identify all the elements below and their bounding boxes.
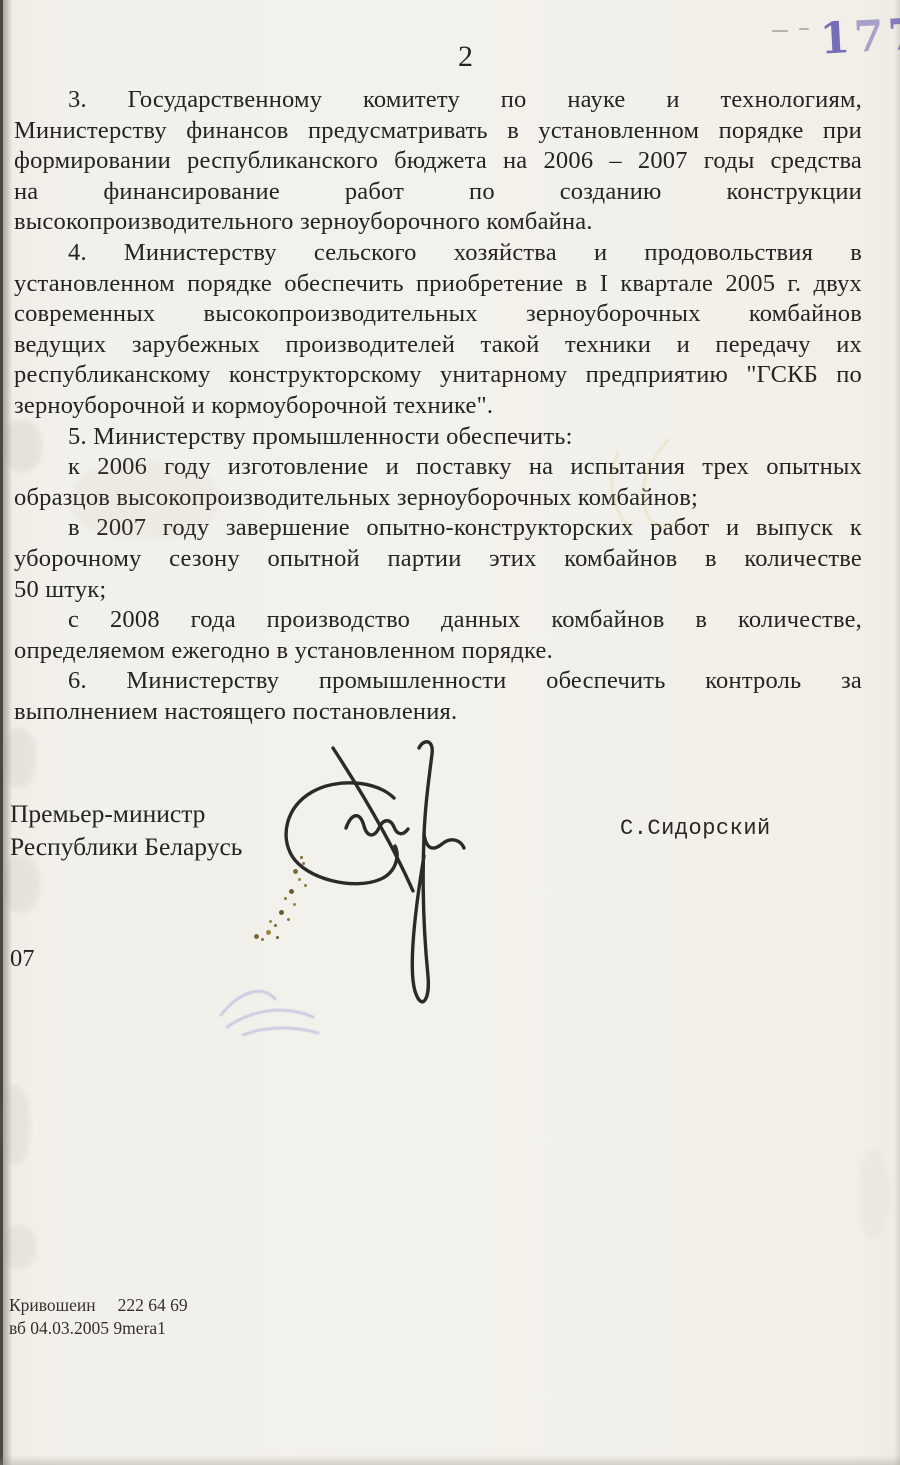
paragraph-3-line: Министерству финансов предусматривать в … — [14, 116, 862, 147]
paragraph-3-line: высокопроизводительного зерноуборочного … — [14, 207, 862, 238]
paragraph-4-line: современных высокопроизводительных зерно… — [14, 299, 862, 330]
signer-name: С.Сидорский — [620, 816, 771, 841]
paragraph-3-line: формировании республиканского бюджета на… — [14, 146, 862, 177]
pencil-mark — [799, 28, 809, 30]
footer-processing-note: вб 04.03.2005 9mera1 — [9, 1317, 188, 1340]
bleedthrough-artifact — [2, 855, 40, 913]
blue-ink-smudge — [213, 975, 348, 1045]
bleedthrough-artifact — [2, 420, 42, 472]
signatory-title: Премьер-министр Республики Беларусь — [10, 797, 242, 863]
paragraph-4-line: установленном порядке обеспечить приобре… — [14, 269, 862, 300]
scan-edge-right — [894, 0, 900, 1465]
paragraph-4-line: зерноуборочной и кормоуборочной технике"… — [14, 391, 862, 422]
bleedthrough-artifact — [2, 728, 36, 788]
paragraph-5c-line: определяемом ежегодно в установленном по… — [14, 636, 862, 667]
footer-note: Кривошеин222 64 69 вб 04.03.2005 9mera1 — [9, 1294, 188, 1340]
paragraph-5b-line: 50 штук; — [14, 575, 862, 606]
paragraph-3-line: на финансирование работ по созданию конс… — [14, 177, 862, 208]
bleedthrough-artifact — [0, 1085, 30, 1165]
paragraph-4-line: ведущих зарубежных производителей такой … — [14, 330, 862, 361]
bleedthrough-yellow-mark — [548, 432, 708, 542]
bleedthrough-artifact — [2, 1225, 36, 1269]
page-number: 2 — [458, 40, 473, 74]
paragraph-6-line: выполнением настоящего постановления. — [14, 697, 862, 728]
paragraph-5-line: 5. Министерству промышленности обеспечит… — [14, 422, 862, 453]
document-body: 3. Государственному комитету по науке и … — [14, 85, 862, 727]
scan-edge-bottom — [0, 1455, 900, 1465]
footer-contact-phone: 222 64 69 — [118, 1295, 188, 1315]
paragraph-3-line: 3. Государственному комитету по науке и … — [14, 85, 862, 116]
index-mark: 07 — [10, 945, 35, 973]
ink-speckles — [300, 856, 303, 859]
paragraph-5c-line: с 2008 года производство данных комбайно… — [14, 605, 862, 636]
pencil-mark — [772, 30, 788, 32]
footer-contact-name: Кривошеин — [9, 1295, 96, 1315]
bleedthrough-artifact — [70, 460, 220, 540]
paragraph-5b-line: уборочному сезону опытной партии этих ко… — [14, 544, 862, 575]
signatory-title-line2: Республики Беларусь — [10, 830, 242, 863]
stamp-digit: 7 — [887, 9, 900, 61]
footer-contact-row: Кривошеин222 64 69 — [9, 1294, 188, 1317]
paragraph-4-line: республиканскому конструкторскому унитар… — [14, 360, 862, 391]
signatory-title-line1: Премьер-министр — [10, 797, 242, 830]
stamp-digit: 1 — [819, 13, 855, 65]
stamp-digit: 7 — [853, 11, 889, 63]
scanned-document-page: 2 177 3. Государственному комитету по на… — [0, 0, 900, 1465]
folio-number-stamp: 177 — [819, 9, 900, 64]
bleedthrough-artifact — [858, 1150, 888, 1240]
paragraph-6-line: 6. Министерству промышленности обеспечит… — [14, 666, 862, 697]
paragraph-4-line: 4. Министерству сельского хозяйства и пр… — [14, 238, 862, 269]
